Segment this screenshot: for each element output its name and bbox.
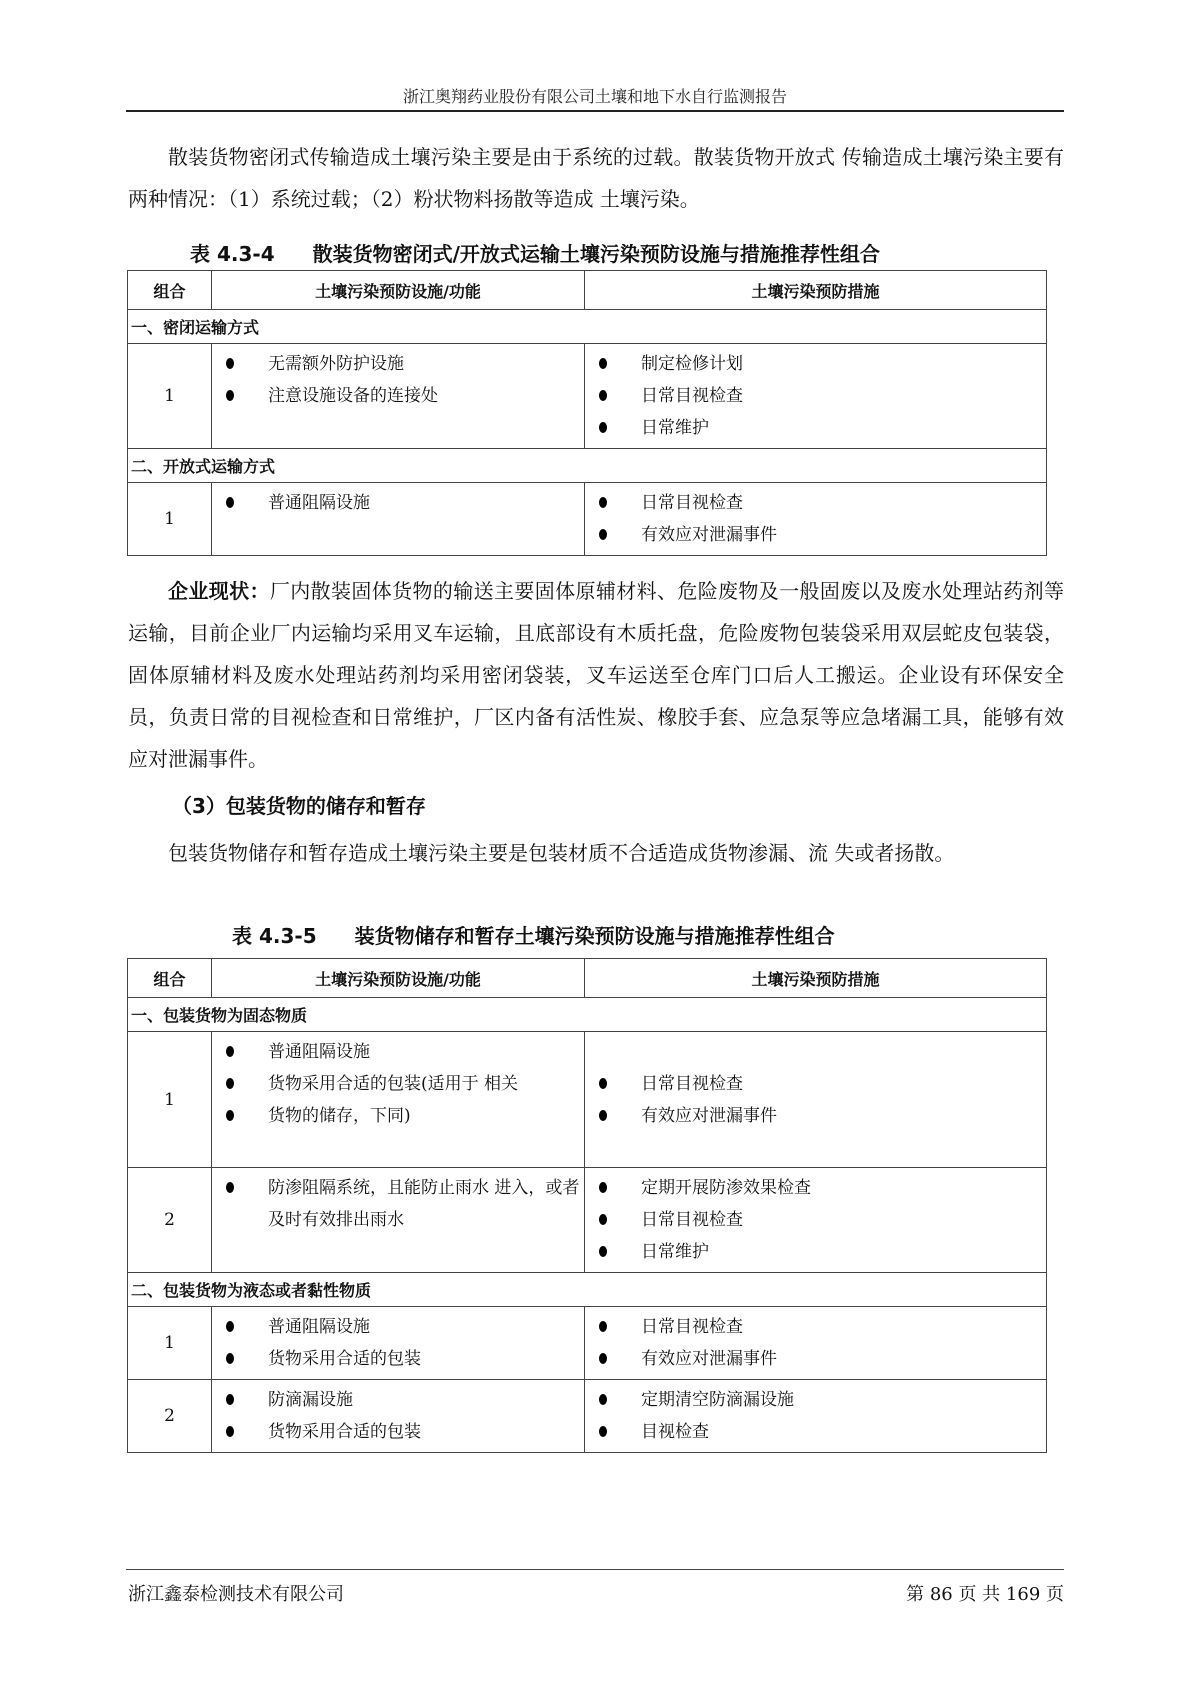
measures-cell: 日常目视检查 有效应对泄漏事件 [585,1032,1047,1168]
bullet-item: 日常目视检查 [585,1204,1046,1236]
row-number: 2 [128,1380,212,1453]
table2-caption-number: 表 4.3-5 [232,924,317,948]
bullet-item: 防滴漏设施 [212,1384,584,1416]
group-title: 一、密闭运输方式 [128,310,1047,344]
bullet-item: 注意设施设备的连接处 [212,380,584,412]
header-facilities: 土壤污染预防设施/功能 [212,959,585,998]
table1-caption: 表 4.3-4散装货物密闭式/开放式运输土壤污染预防设施与措施推荐性组合 [190,238,880,267]
footer-company: 浙江鑫泰检测技术有限公司 [128,1580,344,1606]
bullet-item: 目视检查 [585,1416,1046,1448]
bullet-item: 防渗阻隔系统，且能防止雨水 进入，或者及时有效排出雨水 [212,1172,584,1236]
bullet-item: 有效应对泄漏事件 [585,1100,1046,1132]
bullet-item: 日常维护 [585,412,1046,444]
facilities-cell: 普通阻隔设施 [212,483,585,556]
status-lead: 企业现状： [168,579,270,603]
group-title: 二、开放式运输方式 [128,449,1047,483]
table1-caption-number: 表 4.3-4 [190,242,275,266]
table-header-row: 组合 土壤污染预防设施/功能 土壤污染预防措施 [128,959,1047,998]
bullet-item: 日常维护 [585,1236,1046,1268]
bullet-item: 货物采用合适的包装 [212,1416,584,1448]
group-title: 二、包装货物为液态或者黏性物质 [128,1273,1047,1307]
header-measures: 土壤污染预防措施 [585,271,1047,310]
facilities-cell: 防渗阻隔系统，且能防止雨水 进入，或者及时有效排出雨水 [212,1168,585,1273]
row-number: 1 [128,344,212,449]
table-row: 1 普通阻隔设施 货物采用合适的包装 日常目视检查 有效应对泄漏事件 [128,1307,1047,1380]
bullet-item: 有效应对泄漏事件 [585,1343,1046,1375]
table-row: 2 防滴漏设施 货物采用合适的包装 定期清空防滴漏设施 目视检查 [128,1380,1047,1453]
page-header: 浙江奥翔药业股份有限公司土壤和地下水自行监测报告 [126,84,1064,107]
bullet-item: 有效应对泄漏事件 [585,519,1046,551]
facilities-cell: 防滴漏设施 货物采用合适的包装 [212,1380,585,1453]
header-facilities: 土壤污染预防设施/功能 [212,271,585,310]
table-row: 1 普通阻隔设施 日常目视检查 有效应对泄漏事件 [128,483,1047,556]
table-row: 2 防渗阻隔系统，且能防止雨水 进入，或者及时有效排出雨水 定期开展防渗效果检查… [128,1168,1047,1273]
section3-paragraph: 包装货物储存和暂存造成土壤污染主要是包装材质不合适造成货物渗漏、流 失或者扬散。 [128,832,1064,874]
table-row: 1 无需额外防护设施 注意设施设备的连接处 制定检修计划 日常目视检查 日常维护 [128,344,1047,449]
group-row: 一、密闭运输方式 [128,310,1047,344]
bullet-item: 日常目视检查 [585,1311,1046,1343]
bullet-item: 日常目视检查 [585,1068,1046,1100]
bullet-item: 货物采用合适的包装 [212,1343,584,1375]
header-group: 组合 [128,271,212,310]
bullet-item: 普通阻隔设施 [212,487,584,519]
bullet-item: 货物的储存，下同) [212,1100,584,1132]
footer-divider [126,1569,1064,1570]
table-row: 1 普通阻隔设施 货物采用合适的包装(适用于 相关 货物的储存，下同) 日常目视… [128,1032,1047,1168]
table2-caption-title: 装货物储存和暂存土壤污染预防设施与措施推荐性组合 [355,924,835,948]
group-row: 二、包装货物为液态或者黏性物质 [128,1273,1047,1307]
intro-paragraph: 散装货物密闭式传输造成土壤污染主要是由于系统的过载。散装货物开放式 传输造成土壤… [128,136,1064,220]
table1-caption-title: 散装货物密闭式/开放式运输土壤污染预防设施与措施推荐性组合 [313,242,880,266]
measures-cell: 日常目视检查 有效应对泄漏事件 [585,1307,1047,1380]
bullet-item: 日常目视检查 [585,380,1046,412]
table-4-3-4: 组合 土壤污染预防设施/功能 土壤污染预防措施 一、密闭运输方式 1 无需额外防… [127,270,1047,556]
bullet-item: 货物采用合适的包装(适用于 相关 [212,1068,584,1100]
group-title: 一、包装货物为固态物质 [128,998,1047,1032]
bullet-item: 普通阻隔设施 [212,1311,584,1343]
measures-cell: 定期清空防滴漏设施 目视检查 [585,1380,1047,1453]
bullet-item: 定期开展防渗效果检查 [585,1172,1046,1204]
header-group: 组合 [128,959,212,998]
facilities-cell: 普通阻隔设施 货物采用合适的包装(适用于 相关 货物的储存，下同) [212,1032,585,1168]
status-paragraph: 企业现状：厂内散装固体货物的输送主要固体原辅材料、危险废物及一般固废以及废水处理… [128,570,1064,780]
header-divider [126,110,1064,112]
header-measures: 土壤污染预防措施 [585,959,1047,998]
group-row: 二、开放式运输方式 [128,449,1047,483]
table-header-row: 组合 土壤污染预防设施/功能 土壤污染预防措施 [128,271,1047,310]
footer-page-number: 第 86 页 共 169 页 [900,1580,1064,1606]
bullet-item: 定期清空防滴漏设施 [585,1384,1046,1416]
row-number: 1 [128,1307,212,1380]
bullet-item: 无需额外防护设施 [212,348,584,380]
row-number: 1 [128,483,212,556]
bullet-item: 普通阻隔设施 [212,1036,584,1068]
measures-cell: 日常目视检查 有效应对泄漏事件 [585,483,1047,556]
bullet-item: 制定检修计划 [585,348,1046,380]
group-row: 一、包装货物为固态物质 [128,998,1047,1032]
bullet-item: 日常目视检查 [585,487,1046,519]
table2-caption: 表 4.3-5装货物储存和暂存土壤污染预防设施与措施推荐性组合 [232,920,835,949]
row-number: 2 [128,1168,212,1273]
facilities-cell: 无需额外防护设施 注意设施设备的连接处 [212,344,585,449]
status-text: 厂内散装固体货物的输送主要固体原辅材料、危险废物及一般固废以及废水处理站药剂等运… [128,579,1064,771]
row-number: 1 [128,1032,212,1168]
facilities-cell: 普通阻隔设施 货物采用合适的包装 [212,1307,585,1380]
section-heading: （3）包装货物的储存和暂存 [172,790,426,819]
table-4-3-5: 组合 土壤污染预防设施/功能 土壤污染预防措施 一、包装货物为固态物质 1 普通… [127,958,1047,1453]
measures-cell: 制定检修计划 日常目视检查 日常维护 [585,344,1047,449]
measures-cell: 定期开展防渗效果检查 日常目视检查 日常维护 [585,1168,1047,1273]
